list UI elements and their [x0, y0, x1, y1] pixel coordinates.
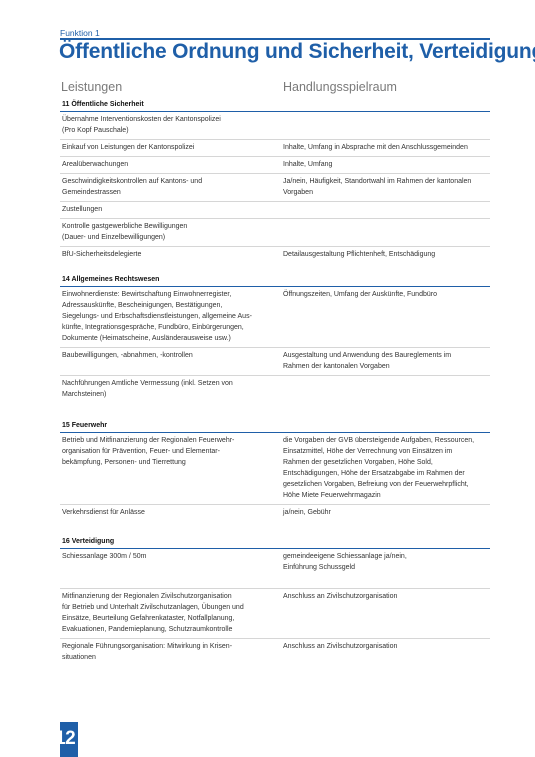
- scope-cell: Öffnungszeiten, Umfang der Auskünfte, Fu…: [283, 289, 490, 344]
- scope-cell: Anschluss an Zivilschutzorganisation: [283, 591, 490, 635]
- service-text: Betrieb und Mitfinanzierung der Regional…: [62, 435, 275, 446]
- scope-cell: [283, 221, 490, 243]
- column-header-leistungen: Leistungen: [61, 79, 122, 95]
- scope-text: Entschädigungen, Höhe der Ersatzabgabe i…: [283, 468, 490, 479]
- scope-text: Anschluss an Zivilschutzorganisation: [283, 591, 490, 602]
- scope-cell: die Vorgaben der GVB übersteigende Aufga…: [283, 435, 490, 501]
- scope-cell: Inhalte, Umfang in Absprache mit den Ans…: [283, 142, 490, 153]
- scope-text: Detailausgestaltung Pflichtenheft, Entsc…: [283, 249, 490, 260]
- section-heading: 11 Öffentliche Sicherheit: [60, 98, 490, 112]
- scope-cell: Ausgestaltung und Anwendung des Bauregle…: [283, 350, 490, 372]
- table-row: Kontrolle gastgewerbliche Bewilligungen(…: [60, 219, 490, 247]
- column-header-handlungsspielraum: Handlungsspielraum: [283, 79, 397, 95]
- section-heading: 15 Feuerwehr: [60, 419, 490, 433]
- scope-cell: Ja/nein, Häufigkeit, Standortwahl im Rah…: [283, 176, 490, 198]
- scope-text: Einsatzmittel, Höhe der Verrechnung von …: [283, 446, 490, 457]
- service-text: Regionale Führungsorganisation: Mitwirku…: [62, 641, 275, 652]
- scope-text: Rahmen der kantonalen Vorgaben: [283, 361, 490, 372]
- function-label: Funktion 1: [60, 29, 100, 38]
- scope-text: Einführung Schussgeld: [283, 562, 490, 573]
- table-row: Einkauf von Leistungen der Kantonspolize…: [60, 140, 490, 157]
- document-page: Funktion 1 Öffentliche Ordnung und Siche…: [0, 0, 535, 757]
- scope-text: Höhe Miete Feuerwehrmagazin: [283, 490, 490, 501]
- table-row: Geschwindigkeitskontrollen auf Kantons- …: [60, 174, 490, 202]
- section-heading: 16 Verteidigung: [60, 535, 490, 549]
- service-cell: Geschwindigkeitskontrollen auf Kantons- …: [60, 176, 283, 198]
- service-cell: Mitfinanzierung der Regionalen Zivilschu…: [60, 591, 283, 635]
- scope-text: gesetzlichen Vorgaben, Befreiung von der…: [283, 479, 490, 490]
- service-text: Einkauf von Leistungen der Kantonspolize…: [62, 142, 275, 153]
- service-text: Dokumente (Heimatscheine, Ausländerauswe…: [62, 333, 275, 344]
- service-text: situationen: [62, 652, 275, 663]
- service-text: Nachführungen Amtliche Vermessung (inkl.…: [62, 378, 275, 389]
- scope-text: ja/nein, Gebühr: [283, 507, 490, 518]
- scope-cell: Inhalte, Umfang: [283, 159, 490, 170]
- service-text: Marchsteinen): [62, 389, 275, 400]
- service-text: (Dauer- und Einzelbewilligungen): [62, 232, 275, 243]
- service-cell: Einwohnerdienste: Bewirtschaftung Einwoh…: [60, 289, 283, 344]
- service-cell: Kontrolle gastgewerbliche Bewilligungen(…: [60, 221, 283, 243]
- service-text: Übernahme Interventionskosten der Kanton…: [62, 114, 275, 125]
- page-number: 12: [55, 728, 75, 750]
- table-row: Einwohnerdienste: Bewirtschaftung Einwoh…: [60, 287, 490, 348]
- service-cell: Verkehrsdienst für Anlässe: [60, 507, 283, 518]
- service-cell: Betrieb und Mitfinanzierung der Regional…: [60, 435, 283, 501]
- table-row: Mitfinanzierung der Regionalen Zivilschu…: [60, 589, 490, 639]
- table-row: BfU-SicherheitsdelegierteDetailausgestal…: [60, 247, 490, 273]
- service-text: BfU-Sicherheitsdelegierte: [62, 249, 275, 260]
- service-text: (Pro Kopf Pauschale): [62, 125, 275, 136]
- scope-text: Inhalte, Umfang: [283, 159, 490, 170]
- service-cell: Schiessanlage 300m / 50m: [60, 551, 283, 573]
- table-row: Regionale Führungsorganisation: Mitwirku…: [60, 639, 490, 666]
- scope-text: Ausgestaltung und Anwendung des Bauregle…: [283, 350, 490, 361]
- service-text: Kontrolle gastgewerbliche Bewilligungen: [62, 221, 275, 232]
- table-row: Übernahme Interventionskosten der Kanton…: [60, 112, 490, 140]
- service-text: Mitfinanzierung der Regionalen Zivilschu…: [62, 591, 275, 602]
- table-row: Verkehrsdienst für Anlässeja/nein, Gebüh…: [60, 505, 490, 535]
- section-heading: 14 Allgemeines Rechtswesen: [60, 273, 490, 287]
- table-row: ArealüberwachungenInhalte, Umfang: [60, 157, 490, 174]
- service-text: Baubewilligungen, -abnahmen, -kontrollen: [62, 350, 275, 361]
- scope-cell: ja/nein, Gebühr: [283, 507, 490, 518]
- service-text: künfte, Integrationsgespräche, Fundbüro,…: [62, 322, 275, 333]
- service-text: Schiessanlage 300m / 50m: [62, 551, 275, 562]
- service-cell: Zustellungen: [60, 204, 283, 215]
- table-row: Nachführungen Amtliche Vermessung (inkl.…: [60, 376, 490, 419]
- service-text: Siegelungs- und Erbschaftsdienstleistung…: [62, 311, 275, 322]
- service-text: Evakuationen, Pandemieplanung, Schutzrau…: [62, 624, 275, 635]
- service-cell: Baubewilligungen, -abnahmen, -kontrollen: [60, 350, 283, 372]
- service-cell: Übernahme Interventionskosten der Kanton…: [60, 114, 283, 136]
- scope-cell: Detailausgestaltung Pflichtenheft, Entsc…: [283, 249, 490, 260]
- service-text: Arealüberwachungen: [62, 159, 275, 170]
- scope-text: Inhalte, Umfang in Absprache mit den Ans…: [283, 142, 490, 153]
- table-row: Zustellungen: [60, 202, 490, 219]
- service-cell: Arealüberwachungen: [60, 159, 283, 170]
- service-text: Geschwindigkeitskontrollen auf Kantons- …: [62, 176, 275, 187]
- service-cell: Regionale Führungsorganisation: Mitwirku…: [60, 641, 283, 663]
- service-text: organisation für Prävention, Feuer- und …: [62, 446, 275, 457]
- services-table: 11 Öffentliche SicherheitÜbernahme Inter…: [60, 98, 490, 666]
- service-text: bekämpfung, Personen- und Tierrettung: [62, 457, 275, 468]
- scope-text: gemeindeeigene Schiessanlage ja/nein,: [283, 551, 490, 562]
- scope-text: Ja/nein, Häufigkeit, Standortwahl im Rah…: [283, 176, 490, 187]
- service-text: Einwohnerdienste: Bewirtschaftung Einwoh…: [62, 289, 275, 300]
- table-row: Baubewilligungen, -abnahmen, -kontrollen…: [60, 348, 490, 376]
- service-text: für Betrieb und Unterhalt Zivilschutzanl…: [62, 602, 275, 613]
- service-cell: BfU-Sicherheitsdelegierte: [60, 249, 283, 260]
- scope-cell: [283, 114, 490, 136]
- table-row: Betrieb und Mitfinanzierung der Regional…: [60, 433, 490, 505]
- scope-cell: gemeindeeigene Schiessanlage ja/nein,Ein…: [283, 551, 490, 573]
- scope-text: die Vorgaben der GVB übersteigende Aufga…: [283, 435, 490, 446]
- scope-text: Vorgaben: [283, 187, 490, 198]
- scope-cell: Anschluss an Zivilschutzorganisation: [283, 641, 490, 663]
- service-text: Einsätze, Beurteilung Gefahrenkataster, …: [62, 613, 275, 624]
- table-row: Schiessanlage 300m / 50mgemeindeeigene S…: [60, 549, 490, 589]
- service-cell: Einkauf von Leistungen der Kantonspolize…: [60, 142, 283, 153]
- service-text: Zustellungen: [62, 204, 275, 215]
- service-text: Verkehrsdienst für Anlässe: [62, 507, 275, 518]
- scope-cell: [283, 378, 490, 400]
- scope-text: Öffnungszeiten, Umfang der Auskünfte, Fu…: [283, 289, 490, 300]
- service-cell: Nachführungen Amtliche Vermessung (inkl.…: [60, 378, 283, 400]
- scope-cell: [283, 204, 490, 215]
- scope-text: Anschluss an Zivilschutzorganisation: [283, 641, 490, 652]
- service-text: Adressauskünfte, Bescheinigungen, Bestät…: [62, 300, 275, 311]
- scope-text: Rahmen der gesetzlichen Vorgaben, Höhe S…: [283, 457, 490, 468]
- service-text: Gemeindestrassen: [62, 187, 275, 198]
- page-title: Öffentliche Ordnung und Sicherheit, Vert…: [59, 39, 535, 65]
